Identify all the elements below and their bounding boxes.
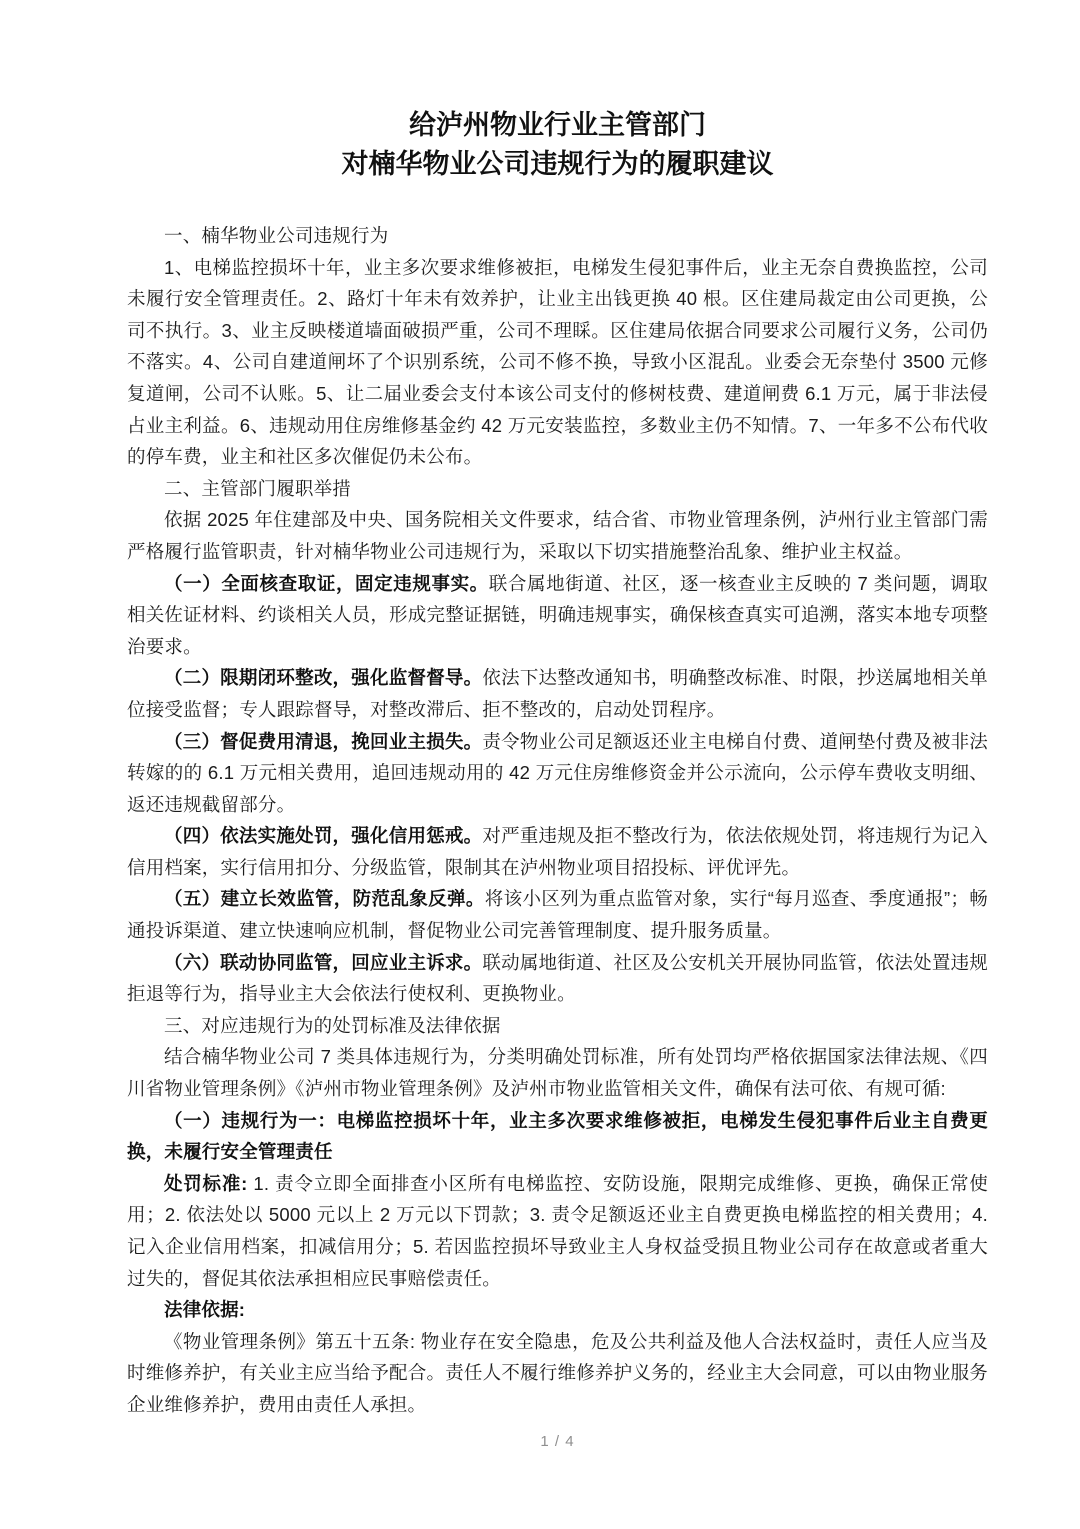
paragraph-lead: （五）建立长效监管，防范乱象反弹。: [164, 888, 485, 909]
paragraph: （三）督促费用清退，挽回业主损失。责令物业公司足额返还业主电梯自付费、道闸垫付费…: [127, 726, 988, 821]
paragraph: 《物业管理条例》第五十五条: 物业存在安全隐患，危及公共利益及他人合法权益时，责…: [127, 1326, 988, 1421]
document-title-line1: 给泸州物业行业主管部门: [409, 110, 706, 140]
paragraph-lead: （四）依法实施处罚，强化信用惩戒。: [164, 825, 482, 846]
page-number-indicator: 1 / 4: [127, 1433, 988, 1450]
paragraph: （一）全面核查取证，固定违规事实。联合属地街道、社区，逐一核查业主反映的 7 类…: [127, 568, 988, 663]
paragraph-text: 1、电梯监控损坏十年，业主多次要求维修被拒，电梯发生侵犯事件后，业主无奈自费换监…: [127, 257, 988, 468]
paragraph-lead: （六）联动协同监管，回应业主诉求。: [164, 952, 482, 973]
paragraph: 三、对应违规行为的处罚标准及法律依据: [127, 1010, 988, 1042]
paragraph-text: 一、楠华物业公司违规行为: [164, 225, 388, 246]
paragraph-text: 《物业管理条例》第五十五条: 物业存在安全隐患，危及公共利益及他人合法权益时，责…: [127, 1331, 988, 1415]
paragraph-lead: （二）限期闭环整改，强化监督督导。: [164, 667, 482, 688]
document-body: 一、楠华物业公司违规行为 1、电梯监控损坏十年，业主多次要求维修被拒，电梯发生侵…: [127, 220, 988, 1421]
document-page: 给泸州物业行业主管部门 对楠华物业公司违规行为的履职建议 一、楠华物业公司违规行…: [0, 0, 1080, 1529]
paragraph-lead: （三）督促费用清退，挽回业主损失。: [164, 731, 482, 752]
paragraph: 1、电梯监控损坏十年，业主多次要求维修被拒，电梯发生侵犯事件后，业主无奈自费换监…: [127, 252, 988, 473]
paragraph-lead: 法律依据:: [164, 1299, 245, 1320]
paragraph: （一）违规行为一：电梯监控损坏十年，业主多次要求维修被拒，电梯发生侵犯事件后业主…: [127, 1105, 988, 1168]
paragraph: 法律依据:: [127, 1294, 988, 1326]
paragraph: 依据 2025 年住建部及中央、国务院相关文件要求，结合省、市物业管理条例，泸州…: [127, 504, 988, 567]
paragraph-lead: （一）违规行为一：电梯监控损坏十年，业主多次要求维修被拒，电梯发生侵犯事件后业主…: [127, 1110, 988, 1163]
paragraph-text: 1. 责令立即全面排查小区所有电梯监控、安防设施，限期完成维修、更换，确保正常使…: [127, 1173, 988, 1289]
paragraph-text: 依据 2025 年住建部及中央、国务院相关文件要求，结合省、市物业管理条例，泸州…: [127, 509, 988, 562]
paragraph: （五）建立长效监管，防范乱象反弹。将该小区列为重点监管对象，实行“每月巡查、季度…: [127, 883, 988, 946]
paragraph: （二）限期闭环整改，强化监督督导。依法下达整改通知书，明确整改标准、时限，抄送属…: [127, 662, 988, 725]
paragraph: 一、楠华物业公司违规行为: [127, 220, 988, 252]
paragraph: 处罚标准: 1. 责令立即全面排查小区所有电梯监控、安防设施，限期完成维修、更换…: [127, 1168, 988, 1294]
document-title: 给泸州物业行业主管部门 对楠华物业公司违规行为的履职建议: [127, 106, 988, 184]
paragraph-text: 三、对应违规行为的处罚标准及法律依据: [164, 1015, 501, 1036]
document-title-line2: 对楠华物业公司违规行为的履职建议: [342, 149, 774, 179]
paragraph: 二、主管部门履职举措: [127, 473, 988, 505]
paragraph-text: 结合楠华物业公司 7 类具体违规行为，分类明确处罚标准，所有处罚均严格依据国家法…: [127, 1046, 988, 1099]
paragraph: （四）依法实施处罚，强化信用惩戒。对严重违规及拒不整改行为，依法依规处罚，将违规…: [127, 820, 988, 883]
paragraph-text: 二、主管部门履职举措: [164, 478, 351, 499]
paragraph-lead: （一）全面核查取证，固定违规事实。: [164, 573, 489, 594]
paragraph: （六）联动协同监管，回应业主诉求。联动属地街道、社区及公安机关开展协同监管，依法…: [127, 947, 988, 1010]
paragraph-lead: 处罚标准:: [164, 1173, 248, 1194]
paragraph: 结合楠华物业公司 7 类具体违规行为，分类明确处罚标准，所有处罚均严格依据国家法…: [127, 1041, 988, 1104]
